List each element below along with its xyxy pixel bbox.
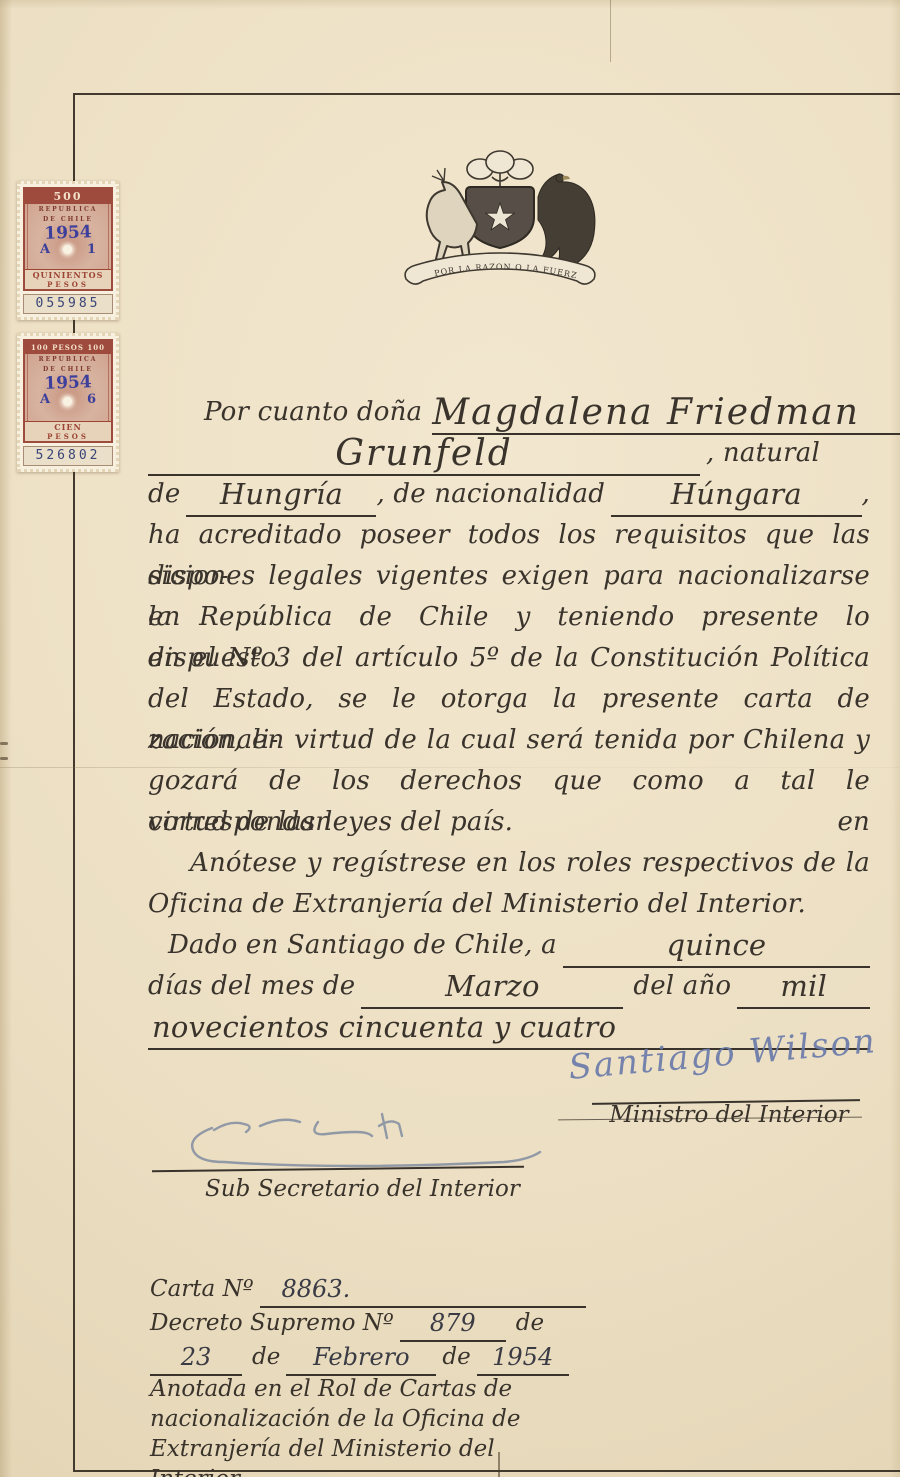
- recipient-surname: Grunfeld: [148, 433, 700, 476]
- body-line: Anótese y regístrese en los roles respec…: [148, 843, 870, 884]
- body-line: Grunfeld , natural: [148, 433, 870, 474]
- stamp-series-letter: A: [40, 242, 50, 257]
- decreto-date-row: 23 de Febrero de 1954: [150, 1340, 586, 1374]
- naturalization-certificate-page: 500 REPUBLICA DE CHILE 1954 A 1 QUINIENT…: [0, 0, 900, 1477]
- decreto-day: 23: [150, 1340, 242, 1376]
- body-line: en el Nº 3 del artículo 5º de la Constit…: [148, 638, 870, 679]
- punch-hole-icon: [63, 245, 72, 254]
- body-line: del Estado, se le otorga la presente car…: [148, 679, 870, 720]
- stamp-serial-number: 055985: [23, 294, 113, 314]
- stamp-series-number: 6: [87, 392, 96, 407]
- issue-day: quince: [563, 925, 870, 968]
- body-line: Por cuanto doña Magdalena Friedman: [148, 392, 900, 433]
- granting-clause: Por cuanto doña: [204, 392, 422, 433]
- nationality: Húngara: [611, 474, 861, 517]
- body-line: siciones legales vigentes exigen para na…: [148, 556, 870, 597]
- registry-note-line: nacionalización de la Oficina de: [150, 1404, 586, 1434]
- body-line: la República de Chile y teniendo present…: [148, 597, 870, 638]
- carta-number-row: Carta Nº 8863.: [150, 1272, 586, 1306]
- stamp-denomination: QUINIENTOS PESOS: [25, 269, 111, 289]
- body-line: zación, en virtud de la cual será tenida…: [148, 720, 870, 761]
- paper-edge-nick: [0, 757, 8, 760]
- recipient-name: Magdalena Friedman: [432, 392, 900, 435]
- body-line: Oficina de Extranjería del Ministerio de…: [148, 884, 870, 925]
- decreto-year: 1954: [477, 1340, 569, 1376]
- registry-note-line: Anotada en el Rol de Cartas de: [150, 1374, 586, 1404]
- body-line: Dado en Santiago de Chile, a quince: [148, 925, 870, 966]
- coa-condor: [538, 174, 595, 269]
- stamp-value-banner: 100 PESOS 100: [25, 341, 111, 354]
- revenue-stamp-500: 500 REPUBLICA DE CHILE 1954 A 1 QUINIENT…: [17, 181, 119, 320]
- decreto-number: 879: [400, 1306, 506, 1342]
- issued-at-clause: Dado en Santiago de Chile, a: [168, 925, 557, 966]
- decreto-month: Febrero: [286, 1340, 436, 1376]
- stamp-engraving: 100 PESOS 100 REPUBLICA DE CHILE 1954 A …: [23, 339, 113, 443]
- decreto-row: Decreto Supremo Nº 879 de: [150, 1306, 586, 1340]
- subsecretary-title: Sub Secretario del Interior: [205, 1176, 520, 1202]
- stamp-denomination: CIEN PESOS: [25, 421, 111, 441]
- carta-number: 8863.: [260, 1272, 586, 1308]
- body-line: días del mes de Marzo del año mil: [148, 966, 870, 1007]
- punch-hole-icon: [63, 397, 72, 406]
- stamp-country-line: REPUBLICA: [25, 356, 111, 364]
- stamp-year-overprint: 1954: [25, 223, 112, 244]
- fold-mark-top: [610, 0, 611, 62]
- stamp-country-line: REPUBLICA: [25, 206, 111, 214]
- body-line: gozará de los derechos que como a tal le…: [148, 761, 870, 802]
- stamp-year-overprint: 1954: [25, 373, 112, 394]
- stamp-value-banner: 500: [25, 189, 111, 204]
- body-line: ha acreditado poseer todos los requisito…: [148, 515, 870, 556]
- stamp-serial-number: 526802: [23, 446, 113, 466]
- certificate-body: Por cuanto doña Magdalena Friedman Grunf…: [148, 392, 870, 1048]
- issue-year-word1: mil: [737, 966, 870, 1009]
- stamp-series-letter: A: [40, 392, 50, 407]
- issue-month: Marzo: [361, 966, 623, 1009]
- revenue-stamp-100: 100 PESOS 100 REPUBLICA DE CHILE 1954 A …: [17, 333, 119, 472]
- registry-note-line: Extranjería del Ministerio del Interior.: [150, 1434, 586, 1464]
- chile-coat-of-arms-icon: POR LA RAZON O LA FUERZA: [388, 144, 613, 306]
- stamp-engraving: 500 REPUBLICA DE CHILE 1954 A 1 QUINIENT…: [23, 187, 113, 291]
- paper-edge-nick: [0, 742, 8, 745]
- registry-block: Carta Nº 8863. Decreto Supremo Nº 879 de…: [150, 1272, 586, 1464]
- stamp-series-number: 1: [87, 242, 96, 257]
- body-line: de Hungría , de nacionalidad Húngara ,: [148, 474, 870, 515]
- minister-title: Ministro del Interior: [598, 1102, 860, 1128]
- coa-huemul: [427, 168, 477, 261]
- country-of-origin: Hungría: [186, 474, 376, 517]
